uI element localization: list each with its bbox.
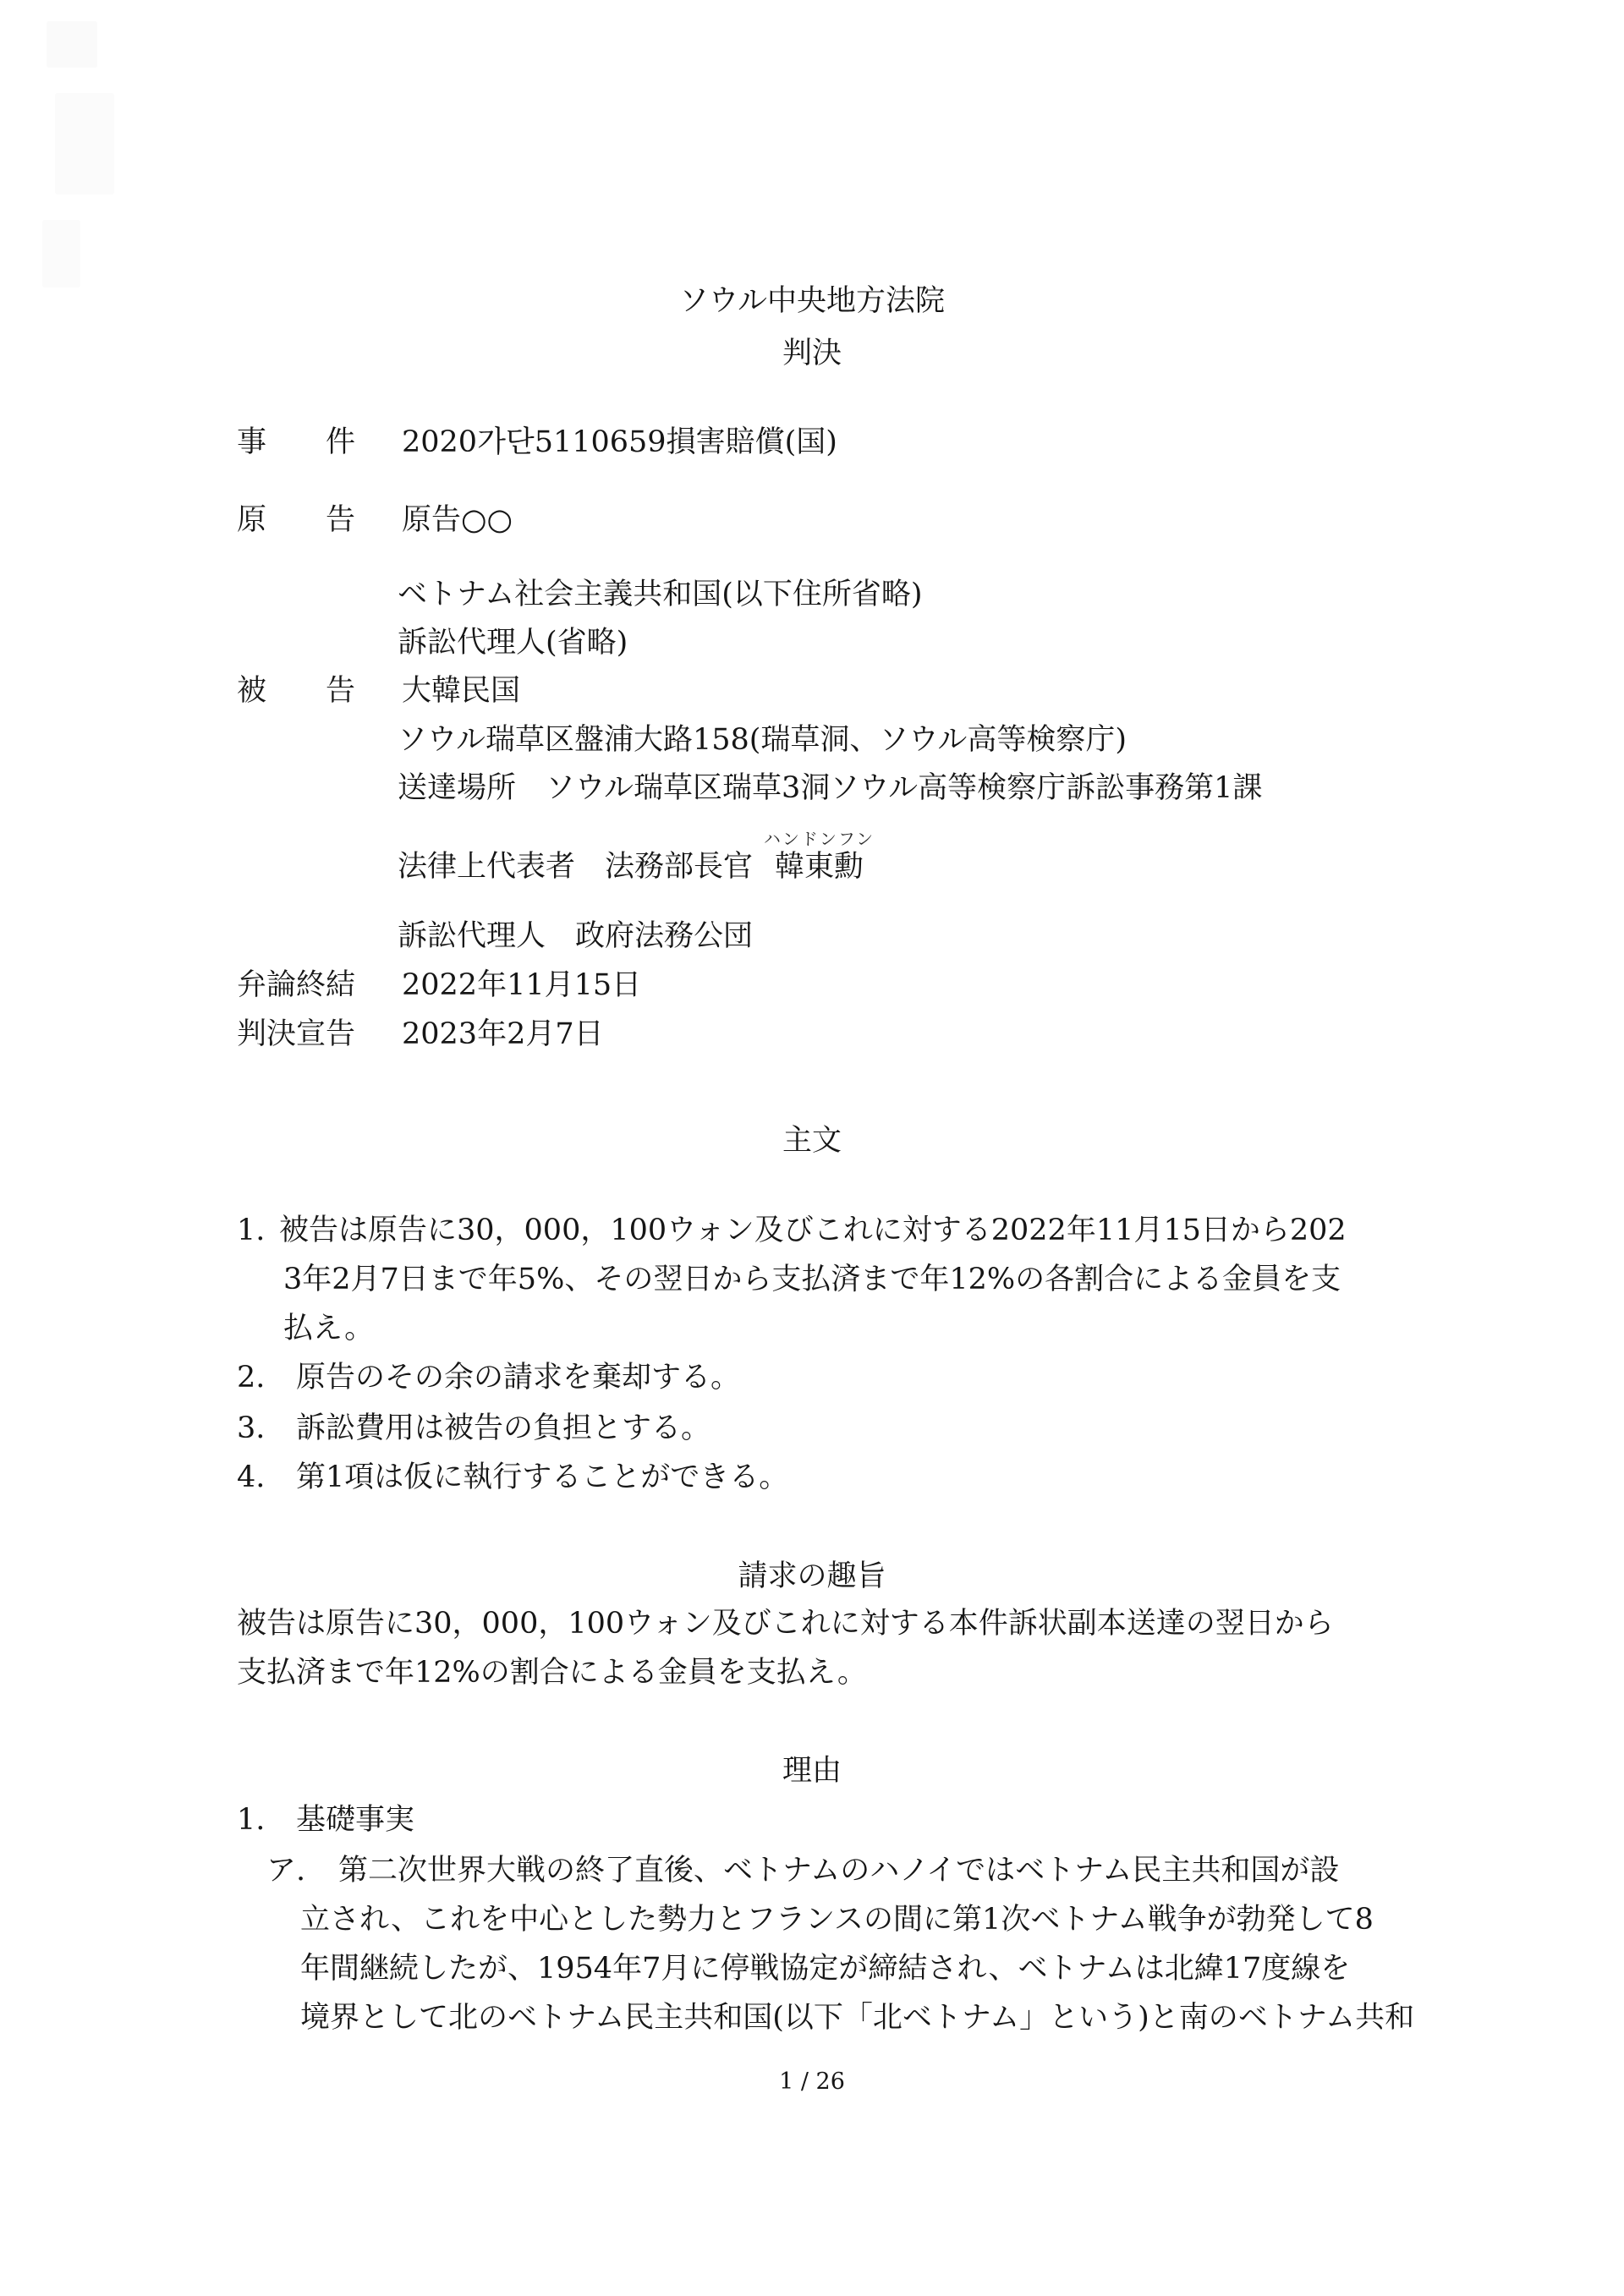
main-text-item-4: 4.第1項は仮に執行することができる。 xyxy=(237,1463,788,1493)
item-3-text: 訴訟費用は被告の負担とする。 xyxy=(296,1411,710,1445)
section-1-number: 1. xyxy=(237,1806,296,1835)
item-1-number: 1. xyxy=(237,1216,279,1246)
plaintiff-row: 原 告原告○○ xyxy=(237,506,513,535)
main-text-item-1: 1.被告は原告に30，000，100ウォン及びこれに対する2022年11月15日… xyxy=(237,1216,1347,1363)
plaintiff-country-line: ベトナム社会主義共和国(以下住所省略) xyxy=(398,580,923,610)
defendant-label: 被 告 xyxy=(237,677,402,706)
reasons-section-1: 1.基礎事実 xyxy=(237,1806,414,1835)
claim-heading: 請求の趣旨 xyxy=(0,1560,1624,1592)
defendant-name: 大韓民国 xyxy=(402,674,520,708)
claim-paragraph: 被告は原告に30，000，100ウォン及びこれに対する本件訴状副本送達の翌日から… xyxy=(237,1609,1334,1707)
judgment-date-label: 判決宣告 xyxy=(237,1020,402,1049)
court-name: ソウル中央地方法院 xyxy=(0,285,1624,317)
representative-line: 法律上代表者 法務部長官ハンドンフン韓東勳 xyxy=(398,852,864,882)
scan-artifact xyxy=(55,93,114,195)
case-number-row: 事 件2020가단5110659損害賠償(国) xyxy=(237,428,837,458)
item-4-number: 4. xyxy=(237,1463,296,1493)
item-a-text-1: 第二次世界大戦の終了直後、ベトナムのハノイではベトナム民主共和国が設 xyxy=(338,1854,1339,1888)
representative-name-wrap: ハンドンフン韓東勳 xyxy=(775,852,864,882)
page-number: 1 / 26 xyxy=(0,2070,1624,2093)
item-3-number: 3. xyxy=(237,1414,296,1444)
main-text-item-3: 3.訴訟費用は被告の負担とする。 xyxy=(237,1414,710,1444)
case-label: 事 件 xyxy=(237,428,402,458)
case-number: 2020가단5110659損害賠償(国) xyxy=(402,425,837,459)
reasons-item-a-line-4: 境界として北のベトナム民主共和国(以下「北ベトナム」という)と南のベトナム共和 xyxy=(266,2003,1414,2052)
defendant-counsel-line: 訴訟代理人 政府法務公団 xyxy=(398,922,753,951)
plaintiff-counsel-line: 訴訟代理人(省略) xyxy=(398,628,628,658)
reasons-item-a: ア.第二次世界大戦の終了直後、ベトナムのハノイではベトナム民主共和国が設 立され… xyxy=(266,1856,1414,2052)
reasons-item-a-line-1: ア.第二次世界大戦の終了直後、ベトナムのハノイではベトナム民主共和国が設 xyxy=(266,1856,1414,1905)
defendant-address-line: ソウル瑞草区盤浦大路158(瑞草洞、ソウル高等検察庁) xyxy=(398,726,1127,755)
hearing-closed-label: 弁論終結 xyxy=(237,971,402,1000)
scan-artifact xyxy=(42,220,80,288)
defendant-row: 被 告大韓民国 xyxy=(237,677,520,706)
plaintiff-label: 原 告 xyxy=(237,506,402,535)
document-type: 判決 xyxy=(0,337,1624,370)
item-a-marker: ア. xyxy=(266,1856,338,1886)
claim-line-1: 被告は原告に30，000，100ウォン及びこれに対する本件訴状副本送達の翌日から xyxy=(237,1609,1334,1658)
representative-title: 法律上代表者 法務部長官 xyxy=(398,850,753,884)
reasons-heading: 理由 xyxy=(0,1755,1624,1787)
item-2-number: 2. xyxy=(237,1363,296,1393)
reasons-item-a-line-3: 年間継続したが、1954年7月に停戦協定が締結され、ベトナムは北緯17度線を xyxy=(266,1954,1414,2003)
item-4-text: 第1項は仮に執行することができる。 xyxy=(296,1460,788,1494)
representative-ruby: ハンドンフン xyxy=(764,830,875,847)
main-text-item-1-line-3: 払え。 xyxy=(237,1314,1347,1363)
plaintiff-name: 原告○○ xyxy=(402,503,513,537)
hearing-closed-date: 2022年11月15日 xyxy=(402,968,641,1002)
judgment-date-row: 判決宣告2023年2月7日 xyxy=(237,1020,604,1049)
main-text-heading: 主文 xyxy=(0,1125,1624,1157)
main-text-item-1-line-1: 1.被告は原告に30，000，100ウォン及びこれに対する2022年11月15日… xyxy=(237,1216,1347,1265)
item-1-text-1: 被告は原告に30，000，100ウォン及びこれに対する2022年11月15日から… xyxy=(279,1214,1347,1247)
section-1-title: 基礎事実 xyxy=(296,1803,414,1837)
main-text-item-2: 2.原告のその余の請求を棄却する。 xyxy=(237,1363,740,1393)
document-page: ソウル中央地方法院 判決 事 件2020가단5110659損害賠償(国) 原 告… xyxy=(0,0,1624,2296)
reasons-item-a-line-2: 立され、これを中心とした勢力とフランスの間に第1次ベトナム戦争が勃発して8 xyxy=(266,1905,1414,1954)
main-text-item-1-line-2: 3年2月7日まで年5%、その翌日から支払済まで年12%の各割合による金員を支 xyxy=(237,1265,1347,1314)
judgment-date: 2023年2月7日 xyxy=(402,1017,604,1051)
representative-name: 韓東勳 xyxy=(775,850,864,884)
defendant-service-place-line: 送達場所 ソウル瑞草区瑞草3洞ソウル高等検察庁訴訟事務第1課 xyxy=(398,774,1262,803)
scan-artifact xyxy=(47,21,97,68)
claim-line-2: 支払済まで年12%の割合による金員を支払え。 xyxy=(237,1658,1334,1707)
hearing-closed-row: 弁論終結2022年11月15日 xyxy=(237,971,641,1000)
item-2-text: 原告のその余の請求を棄却する。 xyxy=(296,1361,740,1395)
